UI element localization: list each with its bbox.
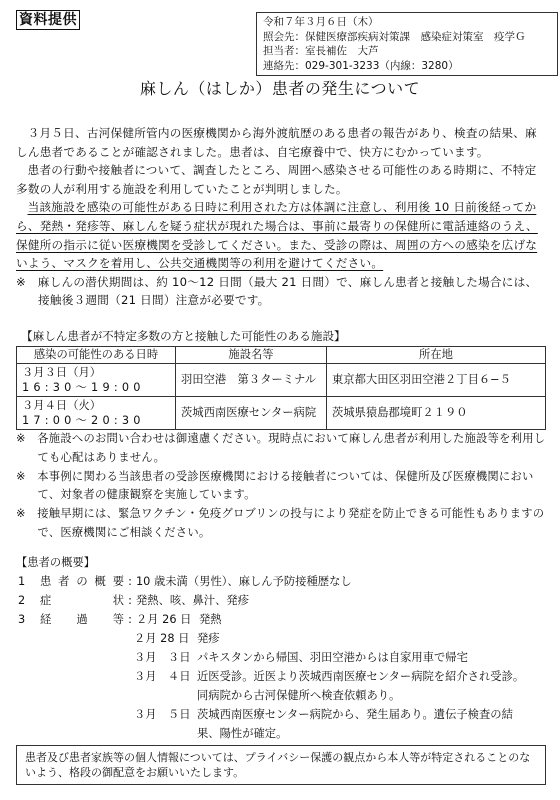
cell-address: 茨城県猿島郡境町２１９０ [327, 397, 546, 430]
visit-time: 16:30～19:00 [22, 380, 170, 396]
timeline-event: 発疹 [197, 629, 527, 648]
note-health-observation: ※ 本事例に関わる当該患者の受診医療機関における接触者については、保健所及び医療… [16, 468, 546, 506]
item-value: 10 歳未満（男性）、麻しん予防接種歴なし [136, 572, 352, 591]
incubation-note: ※ 麻しんの潜伏期間は、約 10～12 日間（最大 21 日間）で、麻しん患者と… [16, 273, 546, 310]
cell-address: 東京都大田区羽田空港２丁目６−５ [327, 364, 546, 397]
underlined-advice: 当該施設を感染の可能性がある日時に利用された方は体調に注意し、利用後 10 日前… [16, 200, 538, 270]
visit-date: ３月３日（月） [22, 365, 170, 381]
press-release-tag: 資料提供 [16, 10, 80, 30]
facilities-table: 感染の可能性のある日時 施設名等 所在地 ３月３日（月） 16:30～19:00… [16, 346, 546, 430]
label-char: 症 [40, 591, 51, 610]
timeline-date: ２月 26 日 [136, 610, 199, 629]
label-char: 要 [113, 572, 124, 591]
item-number: 3 [16, 610, 40, 629]
summary-item-overview: 1 患者の概要 : 10 歳未満（男性）、麻しん予防接種歴なし [16, 572, 546, 591]
label-char: 等 [113, 610, 124, 629]
cell-datetime: ３月４日（火） 17:00～20:30 [17, 397, 176, 430]
timeline-event: 発熱 [199, 610, 222, 629]
cell-datetime: ３月３日（月） 16:30～19:00 [17, 364, 176, 397]
visit-time: 17:00～20:30 [22, 413, 170, 429]
timeline-entry: ３月 ５日 茨城西南医療センター病院から、発生届あり。遺伝子検査の結果、陽性が確… [134, 705, 546, 743]
item-number: 2 [16, 591, 40, 610]
label-char: 過 [76, 610, 87, 629]
timeline-event: 茨城西南医療センター病院から、発生届あり。遺伝子検査の結果、陽性が確定。 [197, 705, 527, 743]
colon: : [124, 610, 136, 629]
timeline: ２月 28 日 発疹 ３月 ３日 パキスタンから帰国、羽田空港からは自家用車で帰… [134, 629, 546, 743]
colon: : [124, 591, 136, 610]
item-value: 発熱、咳、鼻汁、発疹 [136, 591, 249, 610]
summary-section-title: 【患者の概要】 [16, 553, 546, 572]
timeline-date: ３月 ５日 [134, 705, 197, 743]
timeline-date: ２月 28 日 [134, 629, 197, 648]
label-char: 経 [40, 610, 51, 629]
note-vaccine: ※ 接触早期には、緊急ワクチン・免疫グロブリンの投与により発症を防止できる可能性… [16, 505, 546, 543]
header-address: 所在地 [327, 347, 546, 364]
item-label: 症状 [40, 591, 124, 610]
label-char: 患 [40, 572, 51, 591]
timeline-date: ３月 ３日 [134, 648, 197, 667]
timeline-event: 近医受診。近医より茨城西南医療センター病院を紹介され受診。同病院から古河保健所へ… [197, 667, 527, 705]
person-in-charge: 担当者：室長補佐 大芦 [263, 44, 551, 59]
summary-item-progress: 3 経過等 : ２月 26 日 発熱 [16, 610, 546, 629]
item-label: 患者の概要 [40, 572, 124, 591]
paragraph-advice: 当該施設を感染の可能性がある日時に利用された方は体調に注意し、利用後 10 日前… [16, 198, 546, 272]
colon: : [124, 572, 136, 591]
contact-phone: 連絡先：029-301-3233（内線：3280） [263, 59, 551, 74]
facilities-section-title: 【麻しん患者が不特定多数の方と接触した可能性のある施設】 [21, 328, 346, 344]
item-label: 経過等 [40, 610, 124, 629]
timeline-date: ３月 ４日 [134, 667, 197, 705]
label-char: 状 [113, 591, 124, 610]
paragraph-investigation: 患者の行動や接触者について、調査したところ、周囲へ感染させる可能性のある時期に、… [16, 161, 546, 198]
table-header-row: 感染の可能性のある日時 施設名等 所在地 [17, 347, 546, 364]
timeline-event: パキスタンから帰国、羽田空港からは自家用車で帰宅 [197, 648, 527, 667]
header-facility: 施設名等 [176, 347, 327, 364]
release-date: 令和７年３月６日（木） [263, 15, 551, 30]
paragraph-report: ３月５日、古河保健所管内の医療機関から海外渡航歴のある患者の報告があり、検査の結… [16, 124, 546, 161]
cell-facility: 羽田空港 第３ターミナル [176, 364, 327, 397]
body-text: ３月５日、古河保健所管内の医療機関から海外渡航歴のある患者の報告があり、検査の結… [16, 124, 546, 310]
visit-date: ３月４日（火） [22, 398, 170, 414]
privacy-notice-box: 患者及び患者家族等の個人情報については、プライバシー保護の観点から本人等が特定さ… [16, 745, 546, 785]
summary-item-symptoms: 2 症状 : 発熱、咳、鼻汁、発疹 [16, 591, 546, 610]
timeline-entry: ３月 ４日 近医受診。近医より茨城西南医療センター病院を紹介され受診。同病院から… [134, 667, 546, 705]
note-inquiry: ※ 各施設へのお問い合わせは御遠慮ください。現時点において麻しん患者が利用した施… [16, 430, 546, 468]
patient-summary: 【患者の概要】 1 患者の概要 : 10 歳未満（男性）、麻しん予防接種歴なし … [16, 553, 546, 743]
table-row: ３月４日（火） 17:00～20:30 茨城西南医療センター病院 茨城県猿島郡境… [17, 397, 546, 430]
header-datetime: 感染の可能性のある日時 [17, 347, 176, 364]
inquiry-department: 照会先：保健医療部疾病対策課 感染症対策室 疫学Ｇ [263, 30, 551, 45]
timeline-entry: ３月 ３日 パキスタンから帰国、羽田空港からは自家用車で帰宅 [134, 648, 546, 667]
label-char: の [76, 572, 87, 591]
timeline-entry: ２月 28 日 発疹 [134, 629, 546, 648]
table-row: ３月３日（月） 16:30～19:00 羽田空港 第３ターミナル 東京都大田区羽… [17, 364, 546, 397]
cell-facility: 茨城西南医療センター病院 [176, 397, 327, 430]
item-number: 1 [16, 572, 40, 591]
label-char: 概 [95, 572, 106, 591]
document-title: 麻しん（はしか）患者の発生について [0, 78, 560, 100]
facility-notes: ※ 各施設へのお問い合わせは御遠慮ください。現時点において麻しん患者が利用した施… [16, 430, 546, 543]
contact-info-box: 令和７年３月６日（木） 照会先：保健医療部疾病対策課 感染症対策室 疫学Ｇ 担当… [256, 12, 558, 76]
label-char: 者 [58, 572, 69, 591]
